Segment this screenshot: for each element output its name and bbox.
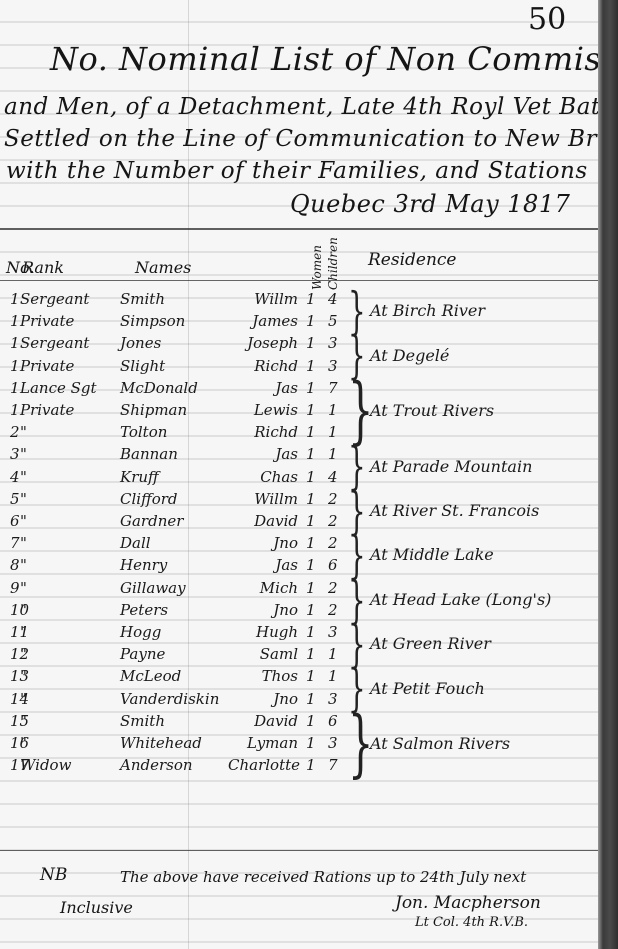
children-count: 4: [328, 290, 338, 308]
rank-cell: ": [20, 579, 27, 597]
surname-cell: Smith: [120, 290, 165, 308]
children-count: 2: [328, 534, 338, 552]
rank-cell: ": [20, 423, 27, 441]
table-row: 11"HoggHugh13: [0, 623, 600, 646]
rank-cell: Lance Sgt: [20, 379, 97, 397]
rank-cell: Sergeant: [20, 290, 89, 308]
table-row: 12"PayneSaml11: [0, 645, 600, 668]
surname-cell: Shipman: [120, 401, 187, 419]
table-row: 2"ToltonRichd11: [0, 423, 600, 446]
title-line-4: with the Number of their Families, and S…: [6, 158, 588, 184]
surname-cell: McDonald: [120, 379, 198, 397]
table-row: 13"McLeodThos11: [0, 667, 600, 690]
table-row: 15"SmithDavid16: [0, 712, 600, 735]
women-count: 1: [306, 623, 316, 641]
surname-cell: Gardner: [120, 512, 183, 530]
station-label: At Parade Mountain: [370, 457, 532, 476]
header-rule: [0, 228, 600, 230]
station-label: At Salmon Rivers: [370, 734, 510, 753]
rank-cell: ": [20, 623, 27, 641]
surname-cell: Clifford: [120, 490, 178, 508]
table-row: 1PrivateSlightRichd13: [0, 357, 600, 380]
document-page: 50 No. Nominal List of Non Commissioned …: [0, 0, 600, 949]
women-count: 1: [306, 423, 316, 441]
rank-cell: ": [20, 556, 27, 574]
children-count: 1: [328, 445, 338, 463]
surname-cell: Peters: [120, 601, 168, 619]
first-name-cell: Jas: [228, 379, 298, 397]
women-count: 1: [306, 512, 316, 530]
women-count: 1: [306, 290, 316, 308]
first-name-cell: Jno: [228, 690, 298, 708]
children-count: 3: [328, 334, 338, 352]
children-count: 3: [328, 690, 338, 708]
children-count: 4: [328, 468, 338, 486]
header-names: Names: [135, 258, 191, 277]
first-name-cell: Willm: [228, 290, 298, 308]
surname-cell: Slight: [120, 357, 165, 375]
first-name-cell: Jas: [228, 445, 298, 463]
table-row: 1PrivateSimpsonJames15: [0, 312, 600, 335]
row-number: 3: [10, 445, 20, 463]
rank-cell: ": [20, 667, 27, 685]
surname-cell: Payne: [120, 645, 165, 663]
surname-cell: Hogg: [120, 623, 161, 641]
children-count: 2: [328, 579, 338, 597]
table-row: 17WidowAndersonCharlotte17: [0, 756, 600, 779]
table-row: 7"DallJno12: [0, 534, 600, 557]
first-name-cell: Richd: [228, 357, 298, 375]
scan-edge-shadow: [598, 0, 618, 949]
surname-cell: Henry: [120, 556, 167, 574]
children-count: 1: [328, 667, 338, 685]
surname-cell: Bannan: [120, 445, 178, 463]
surname-cell: Dall: [120, 534, 151, 552]
women-count: 1: [306, 579, 316, 597]
first-name-cell: Willm: [228, 490, 298, 508]
children-count: 6: [328, 712, 338, 730]
row-number: 1: [10, 290, 20, 308]
women-count: 1: [306, 468, 316, 486]
table-row: 1PrivateShipmanLewis11: [0, 401, 600, 424]
first-name-cell: James: [228, 312, 298, 330]
row-number: 1: [10, 401, 20, 419]
table-row: 14"VanderdiskinJno13: [0, 690, 600, 713]
children-count: 6: [328, 556, 338, 574]
children-count: 3: [328, 734, 338, 752]
women-count: 1: [306, 556, 316, 574]
header-children: Children: [326, 237, 340, 290]
row-number: 1: [10, 357, 20, 375]
station-label: At Petit Fouch: [370, 679, 485, 698]
children-count: 2: [328, 490, 338, 508]
first-name-cell: Mich: [228, 579, 298, 597]
rank-cell: ": [20, 645, 27, 663]
row-number: 9: [10, 579, 20, 597]
first-name-cell: Richd: [228, 423, 298, 441]
women-count: 1: [306, 357, 316, 375]
rank-cell: ": [20, 468, 27, 486]
first-name-cell: Saml: [228, 645, 298, 663]
first-name-cell: Jas: [228, 556, 298, 574]
first-name-cell: David: [228, 512, 298, 530]
women-count: 1: [306, 645, 316, 663]
children-count: 1: [328, 645, 338, 663]
row-number: 4: [10, 468, 20, 486]
first-name-cell: Jno: [228, 601, 298, 619]
row-number: 7: [10, 534, 20, 552]
first-name-cell: David: [228, 712, 298, 730]
women-count: 1: [306, 334, 316, 352]
surname-cell: Anderson: [120, 756, 193, 774]
table-row: 1SergeantSmithWillm14: [0, 290, 600, 313]
first-name-cell: Charlotte: [228, 756, 298, 774]
rank-cell: Sergeant: [20, 334, 89, 352]
row-number: 1: [10, 334, 20, 352]
rank-cell: ": [20, 512, 27, 530]
table-row: 1Lance SgtMcDonaldJas17: [0, 379, 600, 402]
women-count: 1: [306, 690, 316, 708]
signature: Jon. Macpherson: [395, 893, 541, 913]
table-row: 8"HenryJas16: [0, 556, 600, 579]
first-name-cell: Lyman: [228, 734, 298, 752]
row-number: 5: [10, 490, 20, 508]
station-label: At Degelé: [370, 346, 449, 365]
signature-title: Lt Col. 4th R.V.B.: [415, 915, 528, 930]
footer-rule: [0, 850, 600, 851]
children-count: 5: [328, 312, 338, 330]
children-count: 1: [328, 401, 338, 419]
surname-cell: Kruff: [120, 468, 159, 486]
women-count: 1: [306, 667, 316, 685]
rank-cell: ": [20, 534, 27, 552]
station-label: At Green River: [370, 634, 491, 653]
rank-cell: Private: [20, 312, 74, 330]
row-number: 2: [10, 423, 20, 441]
women-count: 1: [306, 756, 316, 774]
page-number: 50: [528, 2, 566, 37]
row-number: 8: [10, 556, 20, 574]
first-name-cell: Thos: [228, 667, 298, 685]
rank-cell: ": [20, 601, 27, 619]
first-name-cell: Joseph: [228, 334, 298, 352]
women-count: 1: [306, 712, 316, 730]
women-count: 1: [306, 601, 316, 619]
surname-cell: Whitehead: [120, 734, 202, 752]
children-count: 2: [328, 601, 338, 619]
rations-note: The above have received Rations up to 24…: [120, 868, 526, 886]
surname-cell: Jones: [120, 334, 161, 352]
rank-cell: ": [20, 712, 27, 730]
women-count: 1: [306, 490, 316, 508]
surname-cell: McLeod: [120, 667, 181, 685]
title-line-1: No. Nominal List of Non Commissioned Off…: [50, 40, 618, 78]
header-rank: Rank: [22, 258, 64, 277]
children-count: 3: [328, 357, 338, 375]
table-top-rule: [0, 280, 600, 281]
women-count: 1: [306, 734, 316, 752]
nota-bene: NB: [40, 865, 67, 885]
rank-cell: Private: [20, 357, 74, 375]
children-count: 2: [328, 512, 338, 530]
header-women: Women: [310, 245, 324, 290]
surname-cell: Simpson: [120, 312, 185, 330]
first-name-cell: Jno: [228, 534, 298, 552]
rank-cell: ": [20, 445, 27, 463]
women-count: 1: [306, 401, 316, 419]
title-line-2: and Men, of a Detachment, Late 4th Royl …: [4, 94, 618, 120]
surname-cell: Tolton: [120, 423, 167, 441]
women-count: 1: [306, 379, 316, 397]
children-count: 1: [328, 423, 338, 441]
rank-cell: ": [20, 734, 27, 752]
women-count: 1: [306, 312, 316, 330]
rank-cell: ": [20, 490, 27, 508]
station-label: At Trout Rivers: [370, 401, 494, 420]
rank-cell: Private: [20, 401, 74, 419]
children-count: 7: [328, 379, 338, 397]
first-name-cell: Hugh: [228, 623, 298, 641]
station-label: At Head Lake (Long's): [370, 590, 551, 609]
women-count: 1: [306, 534, 316, 552]
first-name-cell: Chas: [228, 468, 298, 486]
row-number: 6: [10, 512, 20, 530]
table-row: 1SergeantJonesJoseph13: [0, 334, 600, 357]
place-date: Quebec 3rd May 1817: [290, 190, 570, 218]
station-label: At Middle Lake: [370, 545, 494, 564]
women-count: 1: [306, 445, 316, 463]
row-number: 1: [10, 379, 20, 397]
children-count: 3: [328, 623, 338, 641]
surname-cell: Smith: [120, 712, 165, 730]
surname-cell: Gillaway: [120, 579, 186, 597]
surname-cell: Vanderdiskin: [120, 690, 219, 708]
rank-cell: ": [20, 690, 27, 708]
header-residence: Residence: [368, 250, 457, 270]
rations-note-continued: Inclusive: [60, 898, 133, 917]
title-line-3: Settled on the Line of Communication to …: [4, 126, 618, 152]
row-number: 1: [10, 312, 20, 330]
children-count: 7: [328, 756, 338, 774]
rank-cell: Widow: [20, 756, 71, 774]
station-label: At River St. Francois: [370, 501, 539, 520]
first-name-cell: Lewis: [228, 401, 298, 419]
station-label: At Birch River: [370, 301, 485, 320]
